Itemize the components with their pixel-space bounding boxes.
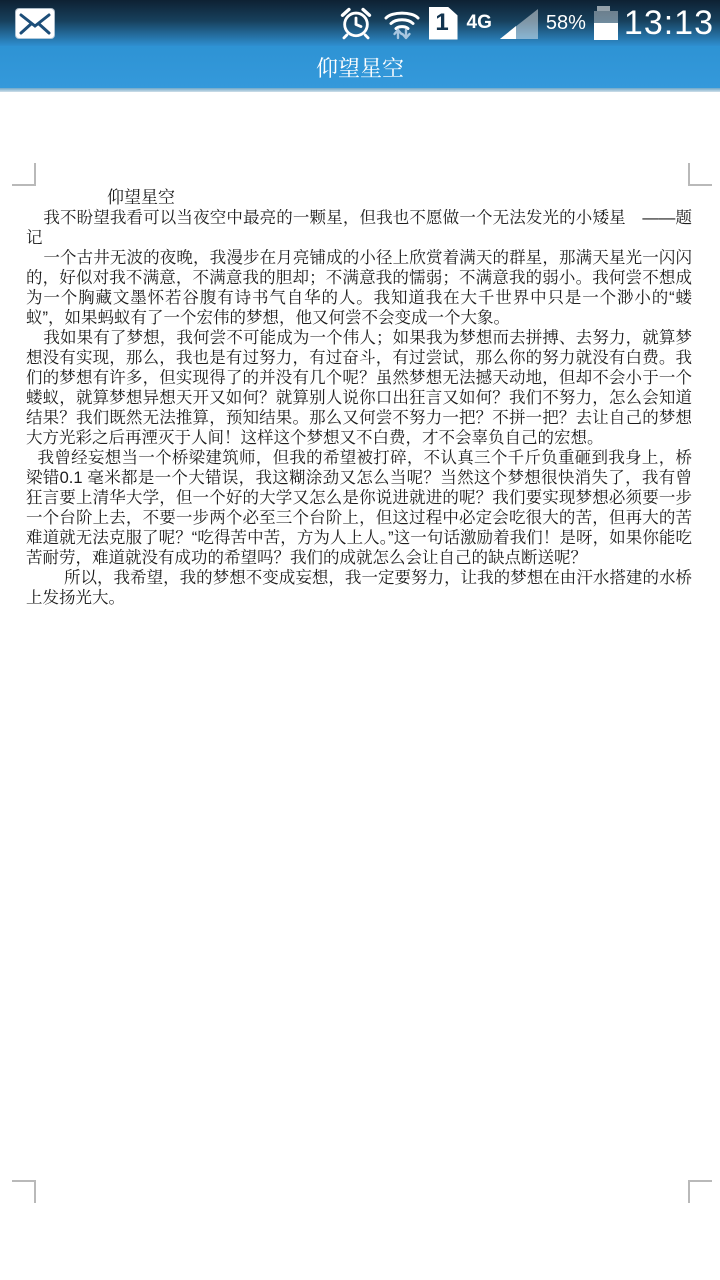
status-indicators: 1 4G 58% 13:13 bbox=[339, 0, 716, 46]
status-bar[interactable]: 1 4G 58% 13:13 bbox=[0, 0, 720, 46]
signal-strength-icon bbox=[500, 9, 538, 39]
battery-percent-label: 58% bbox=[546, 12, 586, 35]
page-margin-mark-bottom-left bbox=[12, 1180, 36, 1203]
page-margin-mark-top-right bbox=[688, 163, 712, 186]
phone-screen: 1 4G 58% 13:13 仰望星空 仰望星空 我不盼望我看可以当夜空 bbox=[0, 0, 720, 1280]
essay-paragraph: 我如果有了梦想，我何尝不可能成为一个伟人；如果我为梦想而去拼搏、去努力，就算梦想… bbox=[26, 328, 692, 448]
wifi-download-arrow-icon bbox=[402, 30, 409, 38]
essay-paragraph: 我曾经妄想当一个桥梁建筑师，但我的希望被打碎，不认真三个千斤负重砸到我身上，桥梁… bbox=[26, 448, 692, 568]
essay-paragraph: 一个古井无波的夜晚，我漫步在月亮铺成的小径上欣赏着满天的群星，那满天星光一闪闪的… bbox=[26, 248, 692, 328]
title-bar-divider bbox=[0, 88, 720, 92]
app-title-bar: 仰望星空 bbox=[0, 46, 720, 88]
battery-icon bbox=[594, 6, 618, 40]
sim-card-icon: 1 bbox=[429, 7, 458, 40]
document-body: 仰望星空 我不盼望我看可以当夜空中最亮的一颗星，但我也不愿做一个无法发光的小矮星… bbox=[26, 188, 692, 608]
network-type-label: 4G bbox=[467, 12, 492, 34]
envelope-icon bbox=[19, 12, 51, 35]
wifi-upload-arrow-icon bbox=[394, 30, 401, 38]
page-margin-mark-bottom-right bbox=[688, 1180, 712, 1203]
sim-slot-number: 1 bbox=[435, 11, 448, 35]
essay-paragraph: 所以，我希望，我的梦想不变成妄想，我一定要努力，让我的梦想在由汗水搭建的水桥上发… bbox=[26, 568, 692, 608]
page-title: 仰望星空 bbox=[316, 52, 404, 83]
wifi-icon bbox=[383, 5, 421, 41]
status-clock: 13:13 bbox=[624, 4, 714, 43]
page-margin-mark-top-left bbox=[12, 163, 36, 186]
mail-notification-icon bbox=[16, 9, 54, 38]
essay-epigraph: 我不盼望我看可以当夜空中最亮的一颗星，但我也不愿做一个无法发光的小矮星 ——题记 bbox=[26, 208, 692, 248]
essay-title: 仰望星空 bbox=[26, 188, 692, 208]
alarm-clock-icon bbox=[339, 6, 373, 40]
document-page[interactable]: 仰望星空 我不盼望我看可以当夜空中最亮的一颗星，但我也不愿做一个无法发光的小矮星… bbox=[0, 92, 720, 1280]
